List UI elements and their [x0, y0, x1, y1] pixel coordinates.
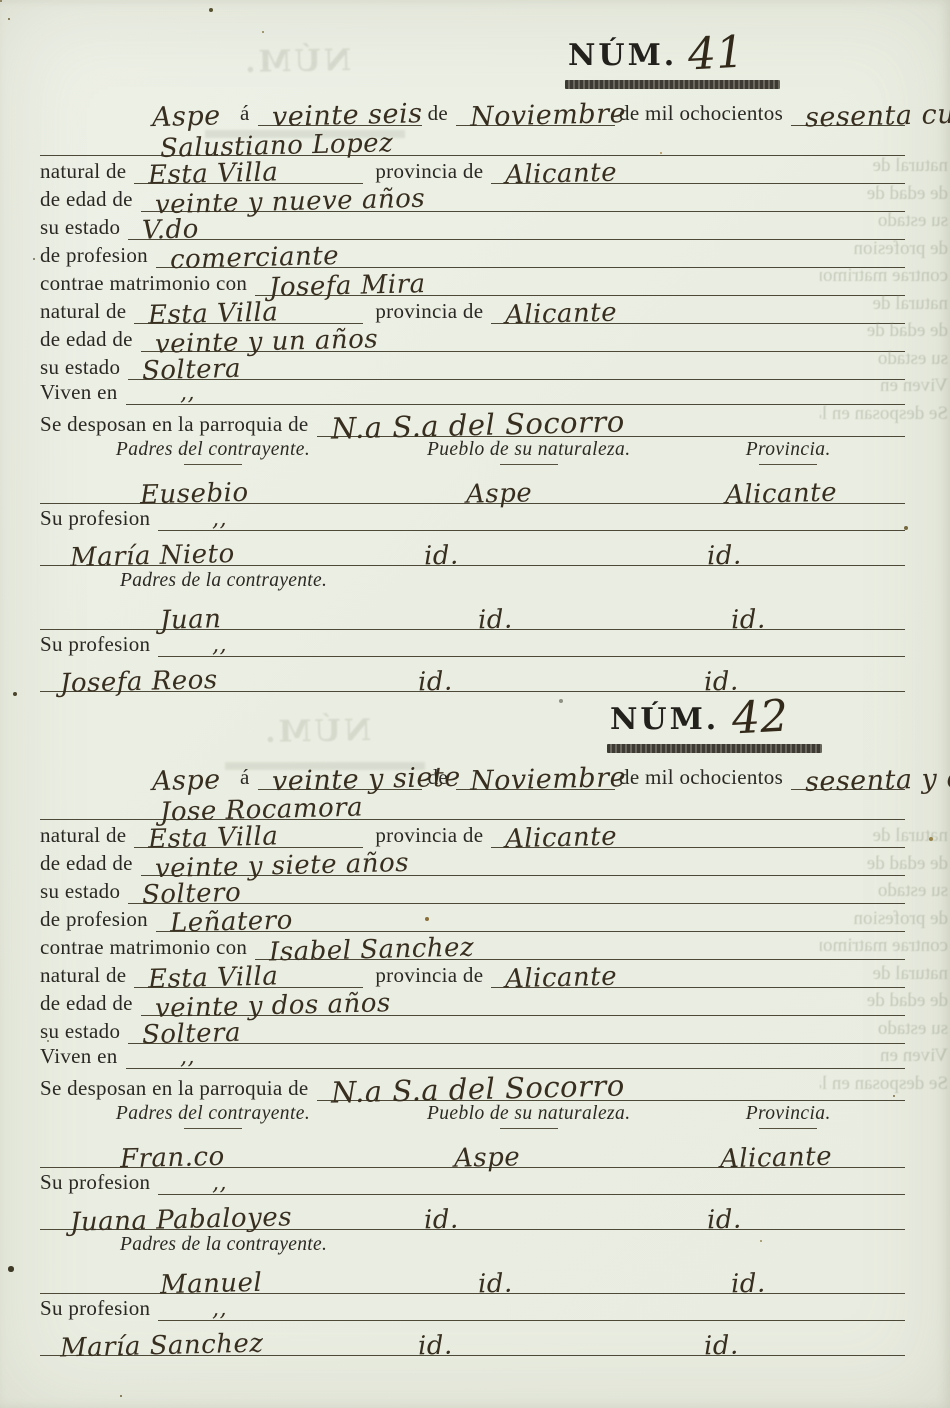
label-natural-de: natural de [40, 963, 134, 988]
label-su-estado: su estado [40, 215, 128, 240]
groom-estado-row: su estado Soltero [40, 876, 905, 904]
table-row-mother-groom: María Nieto id. id. [40, 531, 905, 566]
place-value: Aspe [152, 764, 241, 797]
bride-natural-value: Esta Villa [148, 961, 279, 994]
label-padres-de-la-contrayente: Padres de la contrayente. [120, 570, 335, 592]
parroquia-row: Se desposan en la parroquia de N.a S.a d… [40, 1069, 905, 1101]
label-natural-de: natural de [40, 299, 134, 324]
mother-groom-provincia: id. [706, 1205, 741, 1236]
bleed-label: de profesion [820, 905, 948, 933]
table-row-mother-bride: Josefa Reos id. id. [40, 657, 905, 692]
num-value-handwritten: 42 [731, 691, 790, 745]
label-de-mil: de mil ochocientos [615, 765, 791, 790]
bride-estado-row: su estado Soltera [40, 352, 905, 380]
label-se-desposan: Se desposan en la parroquia de [40, 412, 317, 437]
label-de-profesion: de profesion [40, 907, 156, 932]
record-42: NÚM. NÚM. 42 Aspe á veinte y siete de No… [0, 700, 950, 1356]
day-value: veinte seis [271, 98, 422, 133]
label-su-estado: su estado [40, 1019, 128, 1044]
bleed-label: natural de [820, 960, 948, 988]
scanned-registry-page: NÚM. NÚM. 41 Aspe á veinte seis de Novie… [0, 0, 950, 1408]
father-groom-name: Eusebio [140, 478, 249, 511]
mother-groom-name: Juana Pabaloyes [70, 1202, 293, 1237]
bride-natural-row: natural de Esta Villa provincia de Alica… [40, 296, 905, 324]
label-de-edad-de: de edad de [40, 991, 141, 1016]
label-su-estado: su estado [40, 879, 128, 904]
padres-contrayente-label-row: Padres de la contrayente. [120, 566, 950, 595]
bride-natural-row: natural de Esta Villa provincia de Alica… [40, 960, 905, 988]
bride-estado-row: su estado Soltera [40, 1016, 905, 1044]
num-underline-bar [607, 744, 822, 753]
month-value: Noviembre [470, 98, 627, 133]
bride-provincia-value: Alicante [505, 298, 618, 331]
label-de-edad-de: de edad de [40, 851, 141, 876]
table-row-father-bride: Juan id. id. [40, 595, 905, 630]
num-label: NÚM. [610, 702, 719, 737]
header-provincia: Provincia. [671, 1103, 905, 1129]
mother-bride-name: Josefa Reos [60, 665, 218, 699]
groom-estado-value: Soltero [142, 878, 242, 910]
year-value: sesenta y cuatro [805, 761, 950, 798]
father-groom-pueblo: Aspe [466, 478, 533, 510]
father-bride-provincia: id. [730, 605, 765, 636]
label-viven-en: Viven en [40, 380, 126, 405]
bleed-label: Viven en [820, 372, 948, 400]
label-natural-de: natural de [40, 823, 134, 848]
father-groom-profesion-value: ,, [172, 506, 228, 532]
mother-groom-pueblo: id. [424, 541, 459, 572]
label-su-profesion: Su profesion [40, 632, 158, 657]
bleed-label: su estado [820, 345, 948, 373]
bleed-label: natural de [820, 152, 948, 180]
groom-profesion-value: Leñatero [170, 906, 294, 939]
label-a: á [240, 101, 258, 126]
parroquia-row: Se desposan en la parroquia de N.a S.a d… [40, 405, 905, 437]
bleed-label: de profesion [820, 235, 948, 263]
bride-natural-value: Esta Villa [148, 297, 279, 330]
groom-natural-value: Esta Villa [148, 821, 279, 854]
bride-name-value: Isabel Sanchez [269, 932, 475, 967]
bleed-label: su estado [820, 207, 948, 235]
groom-profesion-row: de profesion Leñatero [40, 904, 905, 932]
record-number-header: NÚM. 41 [40, 36, 905, 86]
parroquia-value: N.a S.a del Socorro [330, 1068, 624, 1109]
father-groom-provincia: Alicante [725, 478, 838, 511]
label-de-edad-de: de edad de [40, 327, 141, 352]
label-padres-de-la-contrayente: Padres de la contrayente. [120, 1234, 335, 1256]
month-value: Noviembre [470, 762, 627, 797]
father-bride-name: Juan [160, 604, 222, 635]
bleed-label: su estado [820, 877, 948, 905]
bleed-label: natural de [820, 822, 948, 850]
label-de: de [422, 101, 456, 126]
header-dash [184, 464, 242, 465]
day-value: veinte y siete [271, 762, 461, 798]
bleedthrough-labels: natural de de edad de su estado de profe… [820, 822, 948, 1097]
father-bride-pueblo: id. [478, 1269, 513, 1300]
label-de-mil: de mil ochocientos [615, 101, 791, 126]
place-value: Aspe [152, 100, 241, 133]
mother-groom-name: María Nieto [70, 539, 235, 573]
bride-provincia-value: Alicante [505, 962, 618, 995]
groom-natural-row: natural de Esta Villa provincia de Alica… [40, 820, 905, 848]
bleed-label: de edad de [820, 317, 948, 345]
label-se-desposan: Se desposan en la parroquia de [40, 1076, 317, 1101]
bleed-label: natural de [820, 290, 948, 318]
label-viven-en: Viven en [40, 1044, 126, 1069]
viven-en-value: ,, [139, 380, 195, 406]
groom-estado-value: V.do [142, 214, 200, 245]
mother-bride-provincia: id. [703, 1331, 738, 1362]
header-dash [500, 1128, 558, 1129]
header-dash [500, 464, 558, 465]
header-dash [759, 1128, 817, 1129]
groom-provincia-value: Alicante [505, 822, 618, 855]
parroquia-value: N.a S.a del Socorro [330, 404, 624, 445]
bleed-label: de edad de [820, 987, 948, 1015]
num-value-handwritten: 41 [687, 27, 746, 81]
bleed-label: Viven en [820, 1042, 948, 1070]
mother-groom-provincia: id. [706, 541, 741, 572]
padres-contrayente-label-row: Padres de la contrayente. [120, 1230, 950, 1259]
father-groom-provincia: Alicante [720, 1142, 833, 1175]
bleed-label: su estado [820, 1015, 948, 1043]
label-de-edad-de: de edad de [40, 187, 141, 212]
bleed-label: contrae matrimonio con [820, 262, 948, 290]
groom-profesion-value: comerciante [170, 241, 340, 275]
father-bride-profesion-value: ,, [172, 632, 228, 658]
table-header-row: Padres del contrayente. Pueblo de su nat… [40, 439, 905, 469]
bride-name-value: Josefa Mira [269, 269, 426, 303]
paper-speckles [0, 0, 2, 2]
bleedthrough-labels: natural de de edad de su estado de profe… [820, 152, 948, 427]
mother-groom-pueblo: id. [424, 1205, 459, 1236]
mother-bride-pueblo: id. [418, 1331, 453, 1362]
label-su-estado: su estado [40, 355, 128, 380]
num-label: NÚM. [568, 38, 677, 73]
intro-line: Aspe á veinte y siete de Noviembre de mi… [40, 750, 905, 790]
bleed-label: contrae matrimonio con [820, 932, 948, 960]
year-value: sesenta cuatro [805, 97, 950, 133]
table-row-father-bride: Manuel id. id. [40, 1259, 905, 1294]
groom-profesion-row: de profesion comerciante [40, 240, 905, 268]
father-bride-provincia: id. [730, 1269, 765, 1300]
table-row-mother-groom: Juana Pabaloyes id. id. [40, 1195, 905, 1230]
father-bride-pueblo: id. [478, 605, 513, 636]
father-bride-profesion-value: ,, [172, 1296, 228, 1322]
label-natural-de: natural de [40, 159, 134, 184]
mother-bride-pueblo: id. [418, 667, 453, 698]
bleed-label: Se desposan en la parroquia de [820, 400, 948, 428]
mother-bride-name: María Sanchez [60, 1329, 264, 1364]
table-row-father-groom: Eusebio Aspe Alicante [40, 469, 905, 504]
groom-provincia-value: Alicante [505, 158, 618, 191]
bleed-label: de edad de [820, 850, 948, 878]
father-groom-name: Fran.co [120, 1142, 225, 1175]
header-provincia: Provincia. [671, 439, 905, 465]
intro-line: Aspe á veinte seis de Noviembre de mil o… [40, 86, 905, 126]
label-de-profesion: de profesion [40, 243, 156, 268]
header-dash [759, 464, 817, 465]
table-header-row: Padres del contrayente. Pueblo de su nat… [40, 1103, 905, 1133]
viven-en-value: ,, [139, 1044, 195, 1070]
father-bride-name: Manuel [160, 1268, 263, 1300]
groom-estado-row: su estado V.do [40, 212, 905, 240]
father-groom-pueblo: Aspe [454, 1142, 521, 1174]
table-row-mother-bride: María Sanchez id. id. [40, 1321, 905, 1356]
groom-natural-row: natural de Esta Villa provincia de Alica… [40, 156, 905, 184]
bleed-label: de edad de [820, 180, 948, 208]
label-su-profesion: Su profesion [40, 1296, 158, 1321]
num-underline-bar [565, 80, 780, 89]
header-dash [184, 1128, 242, 1129]
bleed-label: Se desposan en la parroquia de [820, 1070, 948, 1098]
table-row-father-groom: Fran.co Aspe Alicante [40, 1133, 905, 1168]
record-number-header: NÚM. 42 [40, 700, 905, 750]
record-41: NÚM. NÚM. 41 Aspe á veinte seis de Novie… [0, 36, 950, 692]
groom-natural-value: Esta Villa [148, 157, 279, 190]
father-groom-profesion-value: ,, [172, 1170, 228, 1196]
